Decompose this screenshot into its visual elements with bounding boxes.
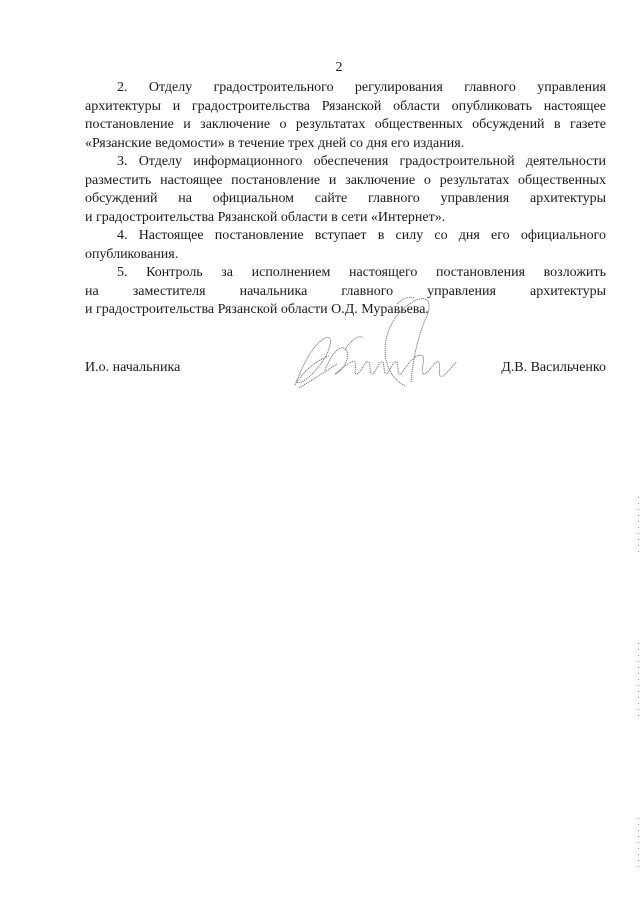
paragraph-4: 4. Настоящее постановление вступает в си… [85, 227, 606, 264]
signature-block: И.о. начальника Д.В. Васильченко [85, 360, 606, 382]
text-line: «Рязанские ведомости» в течение трех дне… [85, 135, 606, 154]
document-body: 2. Отделу градостроительного регулирован… [85, 79, 606, 320]
text-line: архитектуры и градостроительства Рязанск… [85, 98, 606, 117]
document-page: 2 2. Отделу градостроительного регулиров… [0, 0, 640, 905]
text-line: постановление и заключение о результатах… [85, 116, 606, 135]
text-line: и градостроительства Рязанской области в… [85, 209, 606, 228]
scan-artifact [636, 818, 640, 872]
scan-artifact [636, 643, 640, 721]
signatory-title: И.о. начальника [85, 360, 180, 376]
paragraph-3: 3. Отделу информационного обеспечения гр… [85, 153, 606, 227]
text-line: 3. Отделу информационного обеспечения гр… [85, 153, 606, 172]
text-line: 5. Контроль за исполнением настоящего по… [85, 264, 606, 283]
text-line: 2. Отделу градостроительного регулирован… [85, 79, 606, 98]
text-line: 4. Настоящее постановление вступает в си… [85, 227, 606, 246]
paragraph-2: 2. Отделу градостроительного регулирован… [85, 79, 606, 153]
page-number: 2 [0, 60, 640, 76]
text-line: опубликования. [85, 246, 606, 265]
signatory-name: Д.В. Васильченко [501, 360, 606, 376]
scan-artifact [636, 497, 640, 557]
text-line: разместить настоящее постановление и зак… [85, 172, 606, 191]
text-line: обсуждений на официальном сайте главного… [85, 190, 606, 209]
handwritten-signature-icon [285, 290, 465, 400]
